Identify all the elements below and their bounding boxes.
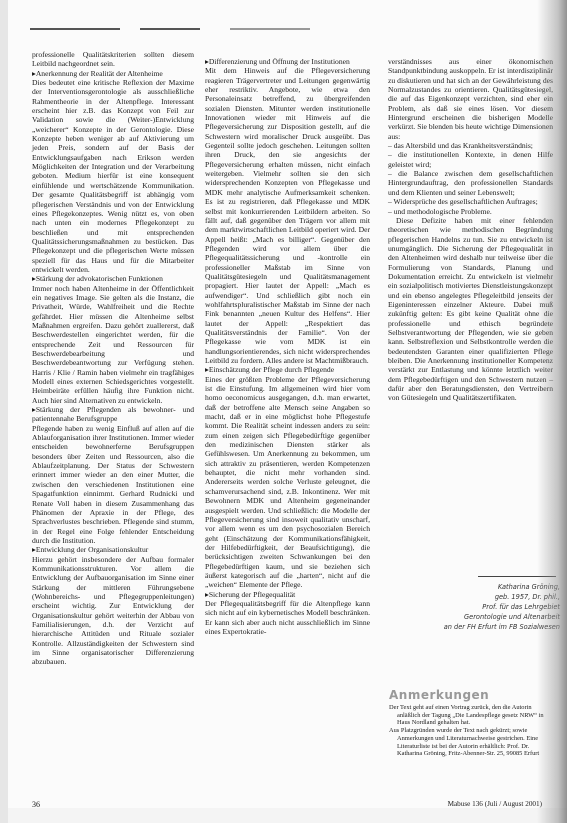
section-heading: Differenzierung und Öffnung der Institut… (205, 57, 370, 66)
scan-left-edge (0, 0, 8, 823)
paragraph: verständnisses aus einer ökonomischen St… (388, 57, 553, 141)
author-divider (478, 576, 556, 577)
text-column-2: Differenzierung und Öffnung der Institut… (205, 57, 370, 636)
note-item: Aus Platzgründen wurde der Text nach gek… (389, 727, 554, 758)
section-heading: Sicherung der Pflegequalität (205, 590, 370, 599)
paragraph: Pflegende haben zu wenig Einfluß auf all… (32, 424, 194, 545)
list-item: – die institutionellen Kontexte, in dene… (388, 150, 553, 169)
header-rules (30, 28, 550, 32)
author-line: geb. 1957, Dr. phil., (400, 592, 560, 602)
author-line: an der FH Erfurt im FB Sozialwesen (400, 622, 560, 632)
paragraph: professionelle Qualitätskriterien sollte… (32, 50, 194, 69)
section-heading: Anerkennung der Realität der Altenheime (32, 69, 194, 78)
list-item: – die Balance zwischen dem gesellschaftl… (388, 169, 553, 197)
paragraph: Immer noch haben Altenheime in der Öffen… (32, 284, 194, 405)
author-line: Prof. für das Lehrgebiet (400, 602, 560, 612)
author-line: Gerontologie und Altenarbeit (400, 612, 560, 622)
paragraph: Hierzu gehört insbesondere der Aufbau fo… (32, 555, 194, 667)
notes-title: Anmerkungen (389, 688, 489, 702)
author-bio: Katharina Gröning, geb. 1957, Dr. phil.,… (400, 582, 560, 632)
text-column-3: verständnisses aus einer ökonomischen St… (388, 57, 553, 403)
page-number: 36 (32, 800, 40, 809)
list-item: – das Altersbild und das Krankheitsverst… (388, 141, 553, 150)
paragraph: Diese Defizite haben mit einer fehlenden… (388, 216, 553, 403)
journal-footer: Mabuse 136 (Juli / August 2001) (448, 800, 542, 808)
text-column-1: professionelle Qualitätskriterien sollte… (32, 50, 194, 667)
paragraph: Mit dem Hinweis auf die Pflegeversicheru… (205, 66, 370, 365)
notes-list: Der Text geht auf einen Vortrag zurück, … (389, 704, 554, 758)
paragraph: Dies bedeutet eine kritische Reflexion d… (32, 78, 194, 274)
section-heading: Stärkung der Pflegenden als bewohner- un… (32, 405, 194, 424)
note-item: Der Text geht auf einen Vortrag zurück, … (389, 704, 554, 727)
paragraph: Der Pflegequalitätsbegriff für die Alten… (205, 599, 370, 636)
section-heading: Entwicklung der Organisationskultur (32, 545, 194, 554)
paragraph: Eines der größten Probleme der Pflegever… (205, 375, 370, 590)
section-heading: Einschätzung der Pflege durch Pflegende (205, 365, 370, 374)
section-heading: Stärkung der advokatorischen Funktionen (32, 274, 194, 283)
author-name: Katharina Gröning, (400, 582, 560, 592)
list-item: – Widersprüche des gesellschaftlichen Au… (388, 197, 553, 206)
list-item: – und methodologische Probleme. (388, 207, 553, 216)
